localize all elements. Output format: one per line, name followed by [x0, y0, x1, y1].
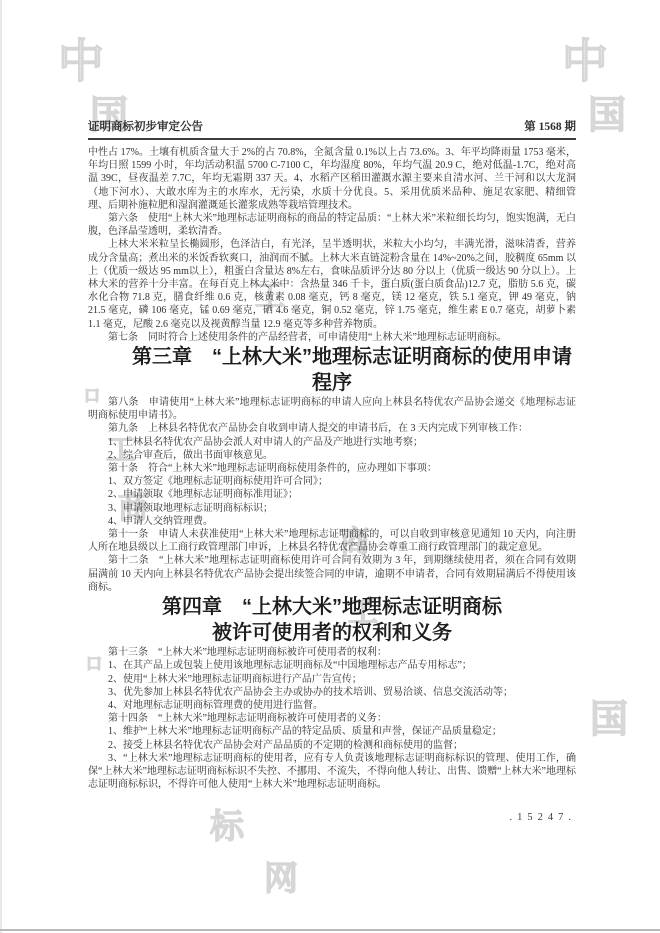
body-paragraph: 第六条 使用“上林大米”地理标志证明商标的商品的特定品质：“上林大米”米粒细长均…	[88, 212, 576, 238]
body-paragraph: 3、优先参加上林县名特优农产品协会主办或协办的技术培训、贸易洽谈、信息交流活动等…	[88, 686, 576, 699]
body-paragraph: 3、申请领取地理标志证明商标标识；	[88, 502, 576, 515]
body-paragraph: 1、上林县名特优农产品协会派人对申请人的产品及产地进行实地考察；	[88, 436, 576, 449]
body-paragraph: 第十三条 “上林大米”地理标志证明商标被许可使用者的权利：	[88, 646, 576, 659]
watermark-icon: 标	[210, 810, 244, 844]
issue-number: 第 1568 期	[524, 118, 576, 134]
body-paragraph: 第七条 同时符合上述使用条件的产品经营者，可申请使用“上林大米”地理标志证明商标…	[88, 331, 576, 344]
body-paragraph: 2、综合审查后，做出书面审核意见。	[88, 449, 576, 462]
scan-edge-bottom	[0, 929, 660, 931]
body-paragraph: 中性占 17%。土壤有机质含量大于 2%的占 70.8%，全氮含量 0.1%以上…	[88, 146, 576, 212]
watermark-icon: 中	[562, 38, 608, 84]
chapter4-heading-line1: 第四章 “上林大米”地理标志证明商标	[88, 594, 576, 620]
body-paragraph: 2、申请领取《地理标志证明商标准用证》；	[88, 488, 576, 501]
chapter4-heading-line2: 被许可使用者的权利和义务	[88, 620, 576, 646]
watermark-icon: 网	[264, 862, 298, 896]
body-paragraph: 4、申请人交纳管理费。	[88, 515, 576, 528]
body-paragraph: 第十四条 “上林大米”地理标志证明商标被许可使用者的义务：	[88, 712, 576, 725]
body-paragraph: 2、使用“上林大米”地理标志证明商标进行产品广告宣传；	[88, 673, 576, 686]
body-paragraph: 2、接受上林县名特优农产品协会对产品品质的不定期的检测和商标使用的监督；	[88, 739, 576, 752]
page-number: .15247.	[510, 812, 577, 823]
body-paragraph: 1、在其产品上或包装上使用该地理标志证明商标及“中国地理标志产品专用标志”；	[88, 659, 576, 672]
body-paragraph: 3、“上林大米”地理标志证明商标的使用者，应有专人负责该地理标志证明商标标识的管…	[88, 752, 576, 792]
gazette-title: 证明商标初步审定公告	[88, 118, 203, 134]
body-paragraph: 第八条 申请使用“上林大米”地理标志证明商标的申请人应向上林县名特优农产品协会递…	[88, 396, 576, 422]
body-paragraph: 1、双方签定《地理标志证明商标使用许可合同》；	[88, 475, 576, 488]
scan-edge-left	[0, 0, 2, 933]
body-paragraph: 第九条 上林县名特优农产品协会自收到申请人提交的申请书后，在 3 天内完成下列审…	[88, 422, 576, 435]
watermark-icon: 国	[588, 96, 626, 134]
watermark-icon: 国	[590, 700, 628, 738]
document-body: 中性占 17%。土壤有机质含量大于 2%的占 70.8%，全氮含量 0.1%以上…	[88, 146, 576, 791]
body-paragraph: 第十一条 申请人未获准使用“上林大米”地理标志证明商标的，可以自收到审核意见通知…	[88, 528, 576, 554]
body-paragraph: 第十条 符合“上林大米”地理标志证明商标使用条件的，应办理如下事项：	[88, 462, 576, 475]
body-paragraph: 上林大米米粒呈长椭圆形，色泽洁白，有光泽，呈半透明状，米粒大小均匀，丰满光滑，滋…	[88, 238, 576, 330]
body-paragraph: 4、对地理标志证明商标管理费的使用进行监督。	[88, 699, 576, 712]
body-paragraph: 第十二条 “上林大米”地理标志证明商标使用许可合同有效期为 3 年，到期继续使用…	[88, 554, 576, 594]
chapter4-heading: 第四章 “上林大米”地理标志证明商标 被许可使用者的权利和义务	[88, 594, 576, 646]
body-paragraph: 1、维护“上林大米”地理标志证明商标产品的特定品质、质量和声誉，保证产品质量稳定…	[88, 725, 576, 738]
chapter3-heading: 第三章 “上林大米”地理标志证明商标的使用申请程序	[88, 344, 576, 396]
watermark-icon: 中	[58, 38, 104, 84]
gazette-page: 中 国 中 国 工 口 工 商 商 工 口 国 标 网 证明商标初步审定公告 第…	[0, 0, 660, 933]
page-header: 证明商标初步审定公告 第 1568 期	[88, 118, 576, 140]
